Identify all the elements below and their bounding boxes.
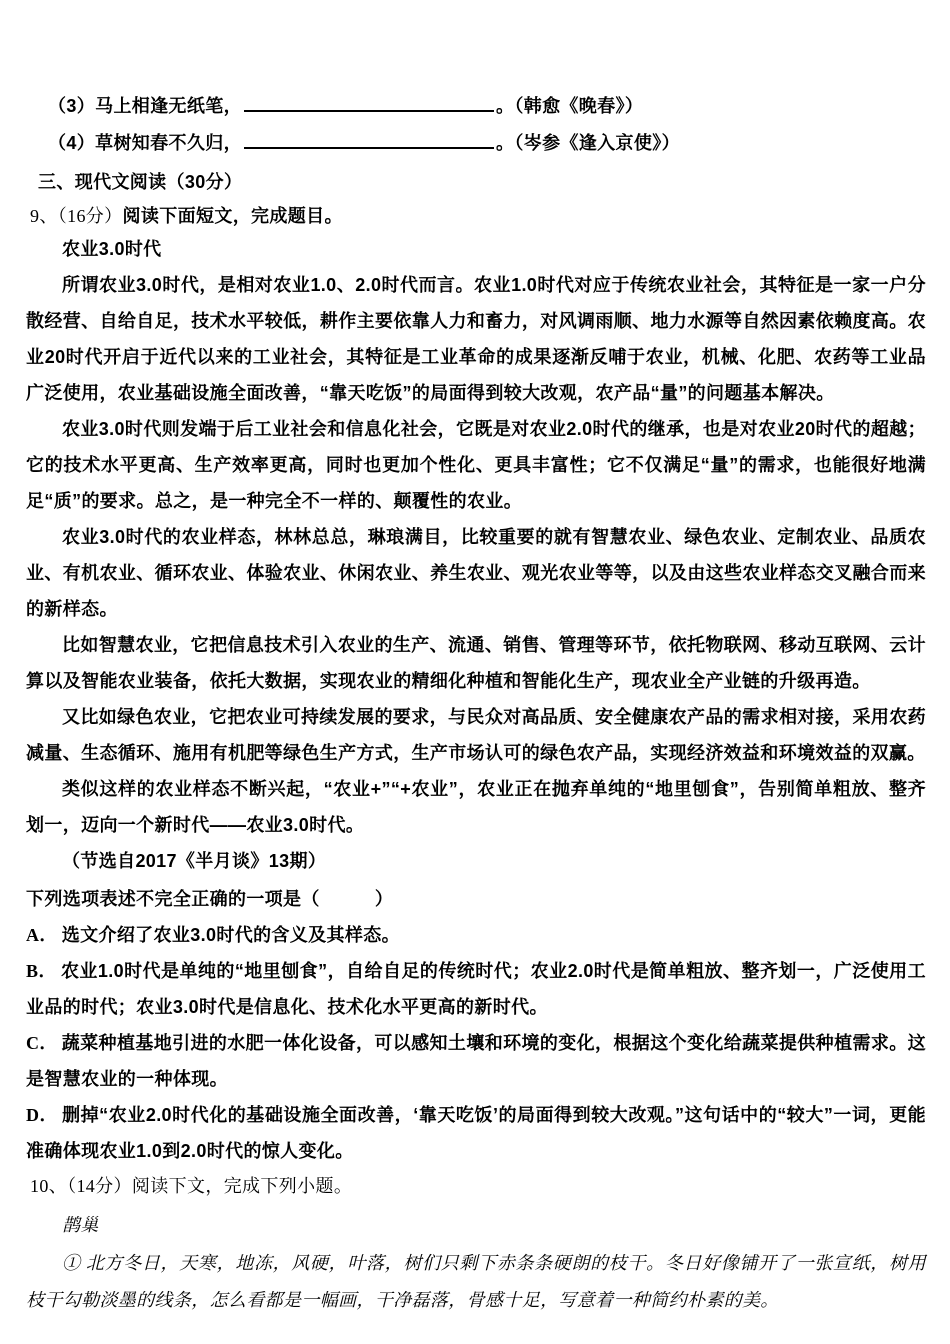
fill-in-4-suffix: 。（岑参《逢入京使》）: [496, 133, 680, 153]
q9-option-c: C．蔬菜种植基地引进的水肥一体化设备，可以感知土壤和环境的变化，根据这个变化给蔬…: [26, 1025, 926, 1097]
question-9-instruction: 阅读下面短文，完成题目。: [123, 206, 343, 226]
q9-passage-paragraph-4: 比如智慧农业，它把信息技术引入农业的生产、流通、销售、管理等环节，依托物联网、移…: [26, 627, 926, 699]
q9-option-a-text: 选文介绍了农业3.0时代的含义及其样态。: [62, 925, 400, 945]
answer-blank-3: [244, 93, 494, 112]
q9-option-d: D．删掉“农业2.0时代化的基础设施全面改善，‘靠天吃饭’的局面得到较大改观。”…: [26, 1097, 926, 1169]
q9-option-c-text: 蔬菜种植基地引进的水肥一体化设备，可以感知土壤和环境的变化，根据这个变化给蔬菜提…: [26, 1033, 926, 1089]
q9-option-b-text: 农业1.0时代是单纯的“地里刨食”，自给自足的传统时代；农业2.0时代是简单粗放…: [26, 961, 926, 1017]
question-10-number: 10、（14分）: [30, 1176, 132, 1196]
fill-in-3-suffix: 。（韩愈《晚春》）: [496, 96, 643, 116]
fill-in-line-4: （4）草树知春不久归，。（岑参《逢入京使》）: [26, 125, 926, 162]
q10-passage-paragraph-1: ① 北方冬日，天寒，地冻，风硬，叶落，树们只剩下赤条条硬朗的枝干。冬日好像铺开了…: [26, 1245, 926, 1319]
q9-option-b: B．农业1.0时代是单纯的“地里刨食”，自给自足的传统时代；农业2.0时代是简单…: [26, 953, 926, 1025]
q9-passage-source: （节选自2017《半月谈》13期）: [26, 843, 926, 879]
q9-option-b-label: B．: [26, 961, 61, 981]
question-10-instruction: 阅读下文，完成下列小题。: [132, 1176, 352, 1196]
question-9-header: 9、（16分）阅读下面短文，完成题目。: [26, 201, 926, 231]
q9-option-d-label: D．: [26, 1105, 62, 1125]
q9-option-a-label: A．: [26, 925, 62, 945]
q9-passage-paragraph-1: 所谓农业3.0时代，是相对农业1.0、2.0时代而言。农业1.0时代对应于传统农…: [26, 267, 926, 411]
q9-passage-title: 农业3.0时代: [26, 231, 926, 267]
exam-page: （3）马上相逢无纸笔，。（韩愈《晚春》） （4）草树知春不久归，。（岑参《逢入京…: [0, 0, 950, 1319]
q9-option-d-text: 删掉“农业2.0时代化的基础设施全面改善，‘靠天吃饭’的局面得到较大改观。”这句…: [26, 1105, 926, 1161]
q9-passage: 农业3.0时代 所谓农业3.0时代，是相对农业1.0、2.0时代而言。农业1.0…: [26, 231, 926, 879]
fill-in-3-prefix: （3）马上相逢无纸笔，: [48, 96, 242, 116]
q9-option-a: A．选文介绍了农业3.0时代的含义及其样态。: [26, 917, 926, 953]
question-10-header: 10、（14分）阅读下文，完成下列小题。: [26, 1171, 926, 1201]
q9-stem: 下列选项表述不完全正确的一项是（ ）: [26, 881, 926, 917]
q9-passage-paragraph-6: 类似这样的农业样态不断兴起，“农业+”“+农业”，农业正在抛弃单纯的“地里刨食”…: [26, 771, 926, 843]
answer-blank-4: [244, 130, 494, 149]
section-3-heading: 三、现代文阅读（30分）: [26, 165, 926, 199]
question-9-number: 9、（16分）: [30, 206, 123, 226]
q9-passage-paragraph-3: 农业3.0时代的农业样态，林林总总，琳琅满目，比较重要的就有智慧农业、绿色农业、…: [26, 519, 926, 627]
q9-passage-paragraph-2: 农业3.0时代则发端于后工业社会和信息化社会，它既是对农业2.0时代的继承，也是…: [26, 411, 926, 519]
fill-in-4-prefix: （4）草树知春不久归，: [48, 133, 242, 153]
q10-passage-title: 鹊巢: [26, 1205, 926, 1245]
fill-in-line-3: （3）马上相逢无纸笔，。（韩愈《晚春》）: [26, 88, 926, 125]
q9-passage-paragraph-5: 又比如绿色农业，它把农业可持续发展的要求，与民众对高品质、安全健康农产品的需求相…: [26, 699, 926, 771]
q9-option-c-label: C．: [26, 1033, 62, 1053]
